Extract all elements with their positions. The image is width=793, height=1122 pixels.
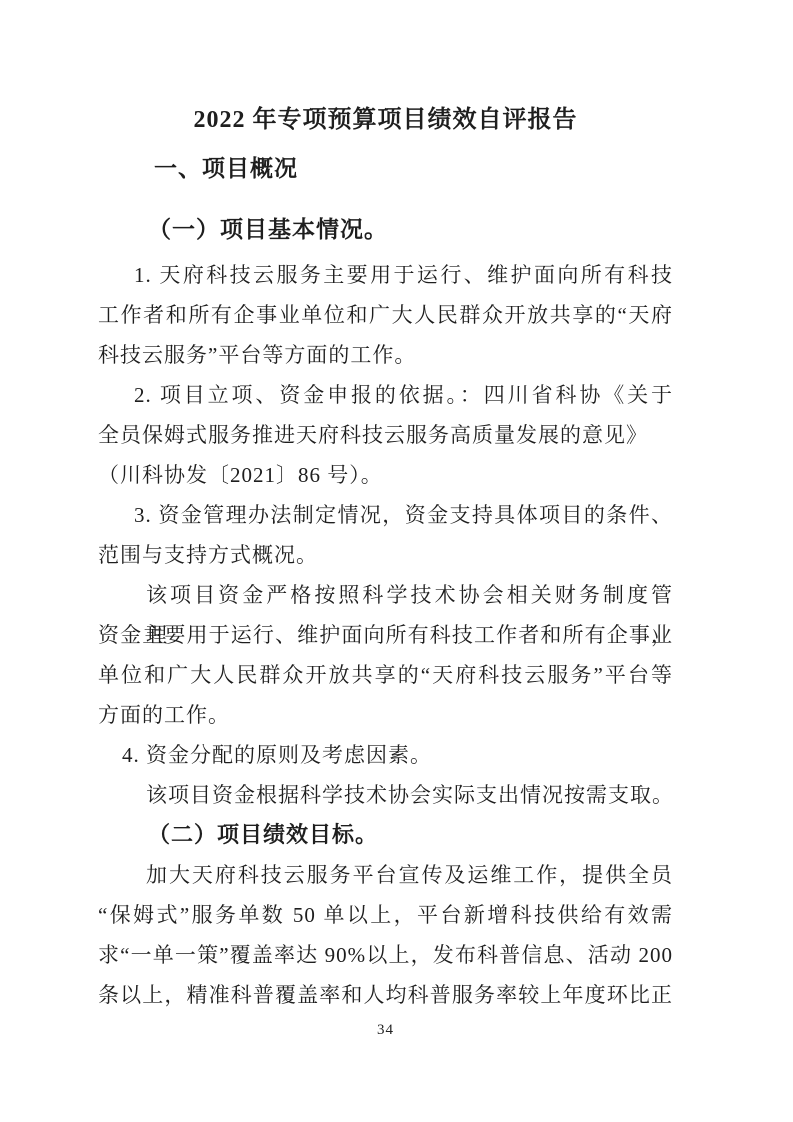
subsection-heading-basic-info: （一）项目基本情况。 <box>98 210 673 250</box>
text-line: 1. 天府科技云服务主要用于运行、维护面向所有科技 <box>98 255 673 295</box>
text-line: 单位和广大人民群众开放共享的“天府科技云服务”平台等 <box>98 655 673 695</box>
document-title: 2022 年专项预算项目绩效自评报告 <box>98 100 673 140</box>
document-content: 2022 年专项预算项目绩效自评报告 一、项目概况 （一）项目基本情况。 1. … <box>98 100 673 1045</box>
text-line: 科技云服务”平台等方面的工作。 <box>98 335 673 375</box>
body-text: 1. 天府科技云服务主要用于运行、维护面向所有科技 工作者和所有企事业单位和广大… <box>98 255 673 1015</box>
text-line: 该项目资金严格按照科学技术协会相关财务制度管理， <box>98 575 673 615</box>
text-line: 条以上，精准科普覆盖率和人均科普服务率较上年度环比正 <box>98 975 673 1015</box>
text-line: 2. 项目立项、资金申报的依据。：四川省科协《关于 <box>98 375 673 415</box>
text-line: 范围与支持方式概况。 <box>98 535 673 575</box>
text-line: 方面的工作。 <box>98 695 673 735</box>
text-line: 3. 资金管理办法制定情况，资金支持具体项目的条件、 <box>98 495 673 535</box>
text-line: “保姆式”服务单数 50 单以上，平台新增科技供给有效需 <box>98 895 673 935</box>
subsection-heading-performance-goals: （二）项目绩效目标。 <box>98 815 673 855</box>
text-line: 该项目资金根据科学技术协会实际支出情况按需支取。 <box>98 775 673 815</box>
text-line: 资金主要用于运行、维护面向所有科技工作者和所有企事业 <box>98 615 673 655</box>
text-line: 加大天府科技云服务平台宣传及运维工作，提供全员 <box>98 855 673 895</box>
page-number: 34 <box>98 1015 673 1045</box>
text-line: （川科协发〔2021〕86 号）。 <box>98 455 673 495</box>
text-line: 全员保姆式服务推进天府科技云服务高质量发展的意见》 <box>98 415 673 455</box>
document-page: 2022 年专项预算项目绩效自评报告 一、项目概况 （一）项目基本情况。 1. … <box>0 0 793 1122</box>
section-heading-project-overview: 一、项目概况 <box>98 149 673 189</box>
text-line: 工作者和所有企事业单位和广大人民群众开放共享的“天府 <box>98 295 673 335</box>
text-line: 4. 资金分配的原则及考虑因素。 <box>98 735 673 775</box>
text-line: 求“一单一策”覆盖率达 90%以上，发布科普信息、活动 200 <box>98 935 673 975</box>
